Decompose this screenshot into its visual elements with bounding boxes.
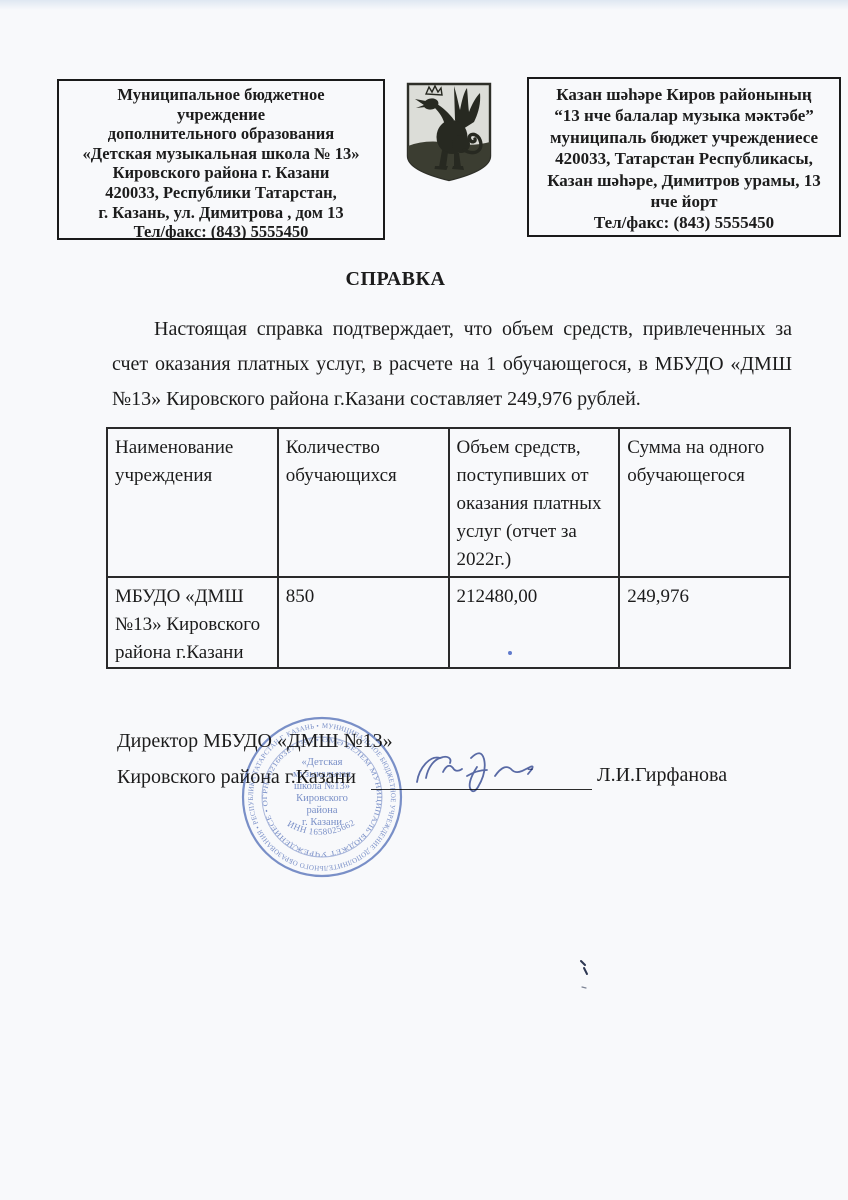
stamp-center-line: района bbox=[306, 805, 337, 816]
table-header-row: Наименование учреждения Количество обуча… bbox=[107, 428, 790, 577]
letterhead-russian-box: Муниципальное бюджетное учреждение допол… bbox=[57, 79, 385, 240]
kazan-coat-of-arms-icon bbox=[404, 80, 494, 185]
table-header-cell: Сумма на одного обучающегося bbox=[619, 428, 790, 577]
org-name-line: Муниципальное бюджетное bbox=[59, 85, 383, 105]
body-paragraph: Настоящая справка подтверждает, что объе… bbox=[112, 312, 792, 417]
org-name-line: Кировского района г. Казани bbox=[59, 163, 383, 183]
org-name-line: муниципаль бюджет учреждениесе bbox=[529, 127, 839, 148]
org-address-line: нче йорт bbox=[529, 191, 839, 212]
handwritten-signature bbox=[409, 746, 544, 804]
org-phone-line: Тел/факс: (843) 5555450 bbox=[59, 222, 383, 240]
ink-speck-dark bbox=[572, 955, 594, 995]
table-header-cell: Объем средств, поступивших от оказания п… bbox=[449, 428, 620, 577]
info-table: Наименование учреждения Количество обуча… bbox=[106, 427, 791, 669]
org-address-line: 420033, Татарстан Республикасы, bbox=[529, 148, 839, 169]
table-header-cell: Наименование учреждения bbox=[107, 428, 278, 577]
stamp-center-line: Кировского bbox=[296, 793, 348, 804]
table-cell-students: 850 bbox=[278, 577, 449, 668]
table-row: МБУДО «ДМШ №13» Кировского района г.Каза… bbox=[107, 577, 790, 668]
stamp-center-line: музыкальная bbox=[293, 769, 351, 780]
scanned-certificate-page: { "header": { "left_box": { "lines": [ "… bbox=[0, 0, 848, 1200]
org-name-line: «Детская музыкальная школа № 13» bbox=[59, 144, 383, 164]
org-name-line: учреждение bbox=[59, 105, 383, 125]
org-address-line: г. Казань, ул. Димитрова , дом 13 bbox=[59, 203, 383, 223]
official-round-stamp: МУНИЦИПАЛЬНОЕ БЮДЖЕТНОЕ УЧРЕЖДЕНИЕ ДОПОЛ… bbox=[240, 715, 404, 879]
document-title: СПРАВКА bbox=[113, 262, 678, 297]
org-name-line: Казан шәһәре Киров районының bbox=[529, 84, 839, 105]
org-name-line: дополнительного образования bbox=[59, 124, 383, 144]
table-header-cell: Количество обучающихся bbox=[278, 428, 449, 577]
org-address-line: 420033, Республики Татарстан, bbox=[59, 183, 383, 203]
table-cell-institution: МБУДО «ДМШ №13» Кировского района г.Каза… bbox=[107, 577, 278, 668]
org-name-line: “13 нче балалар музыка мәктәбе” bbox=[529, 105, 839, 126]
stamp-center-line: «Детская bbox=[301, 757, 342, 768]
org-phone-line: Тел/факс: (843) 5555450 bbox=[529, 212, 839, 233]
ink-speck-blue bbox=[508, 651, 512, 655]
table-cell-per-student: 249,976 bbox=[619, 577, 790, 668]
letterhead-tatar-box: Казан шәһәре Киров районының “13 нче бал… bbox=[527, 77, 841, 237]
table-cell-funds: 212480,00 bbox=[449, 577, 620, 668]
org-address-line: Казан шәһәре, Димитров урамы, 13 bbox=[529, 170, 839, 191]
director-name: Л.И.Гирфанова bbox=[597, 764, 727, 787]
stamp-center-line: школа №13» bbox=[294, 781, 350, 792]
